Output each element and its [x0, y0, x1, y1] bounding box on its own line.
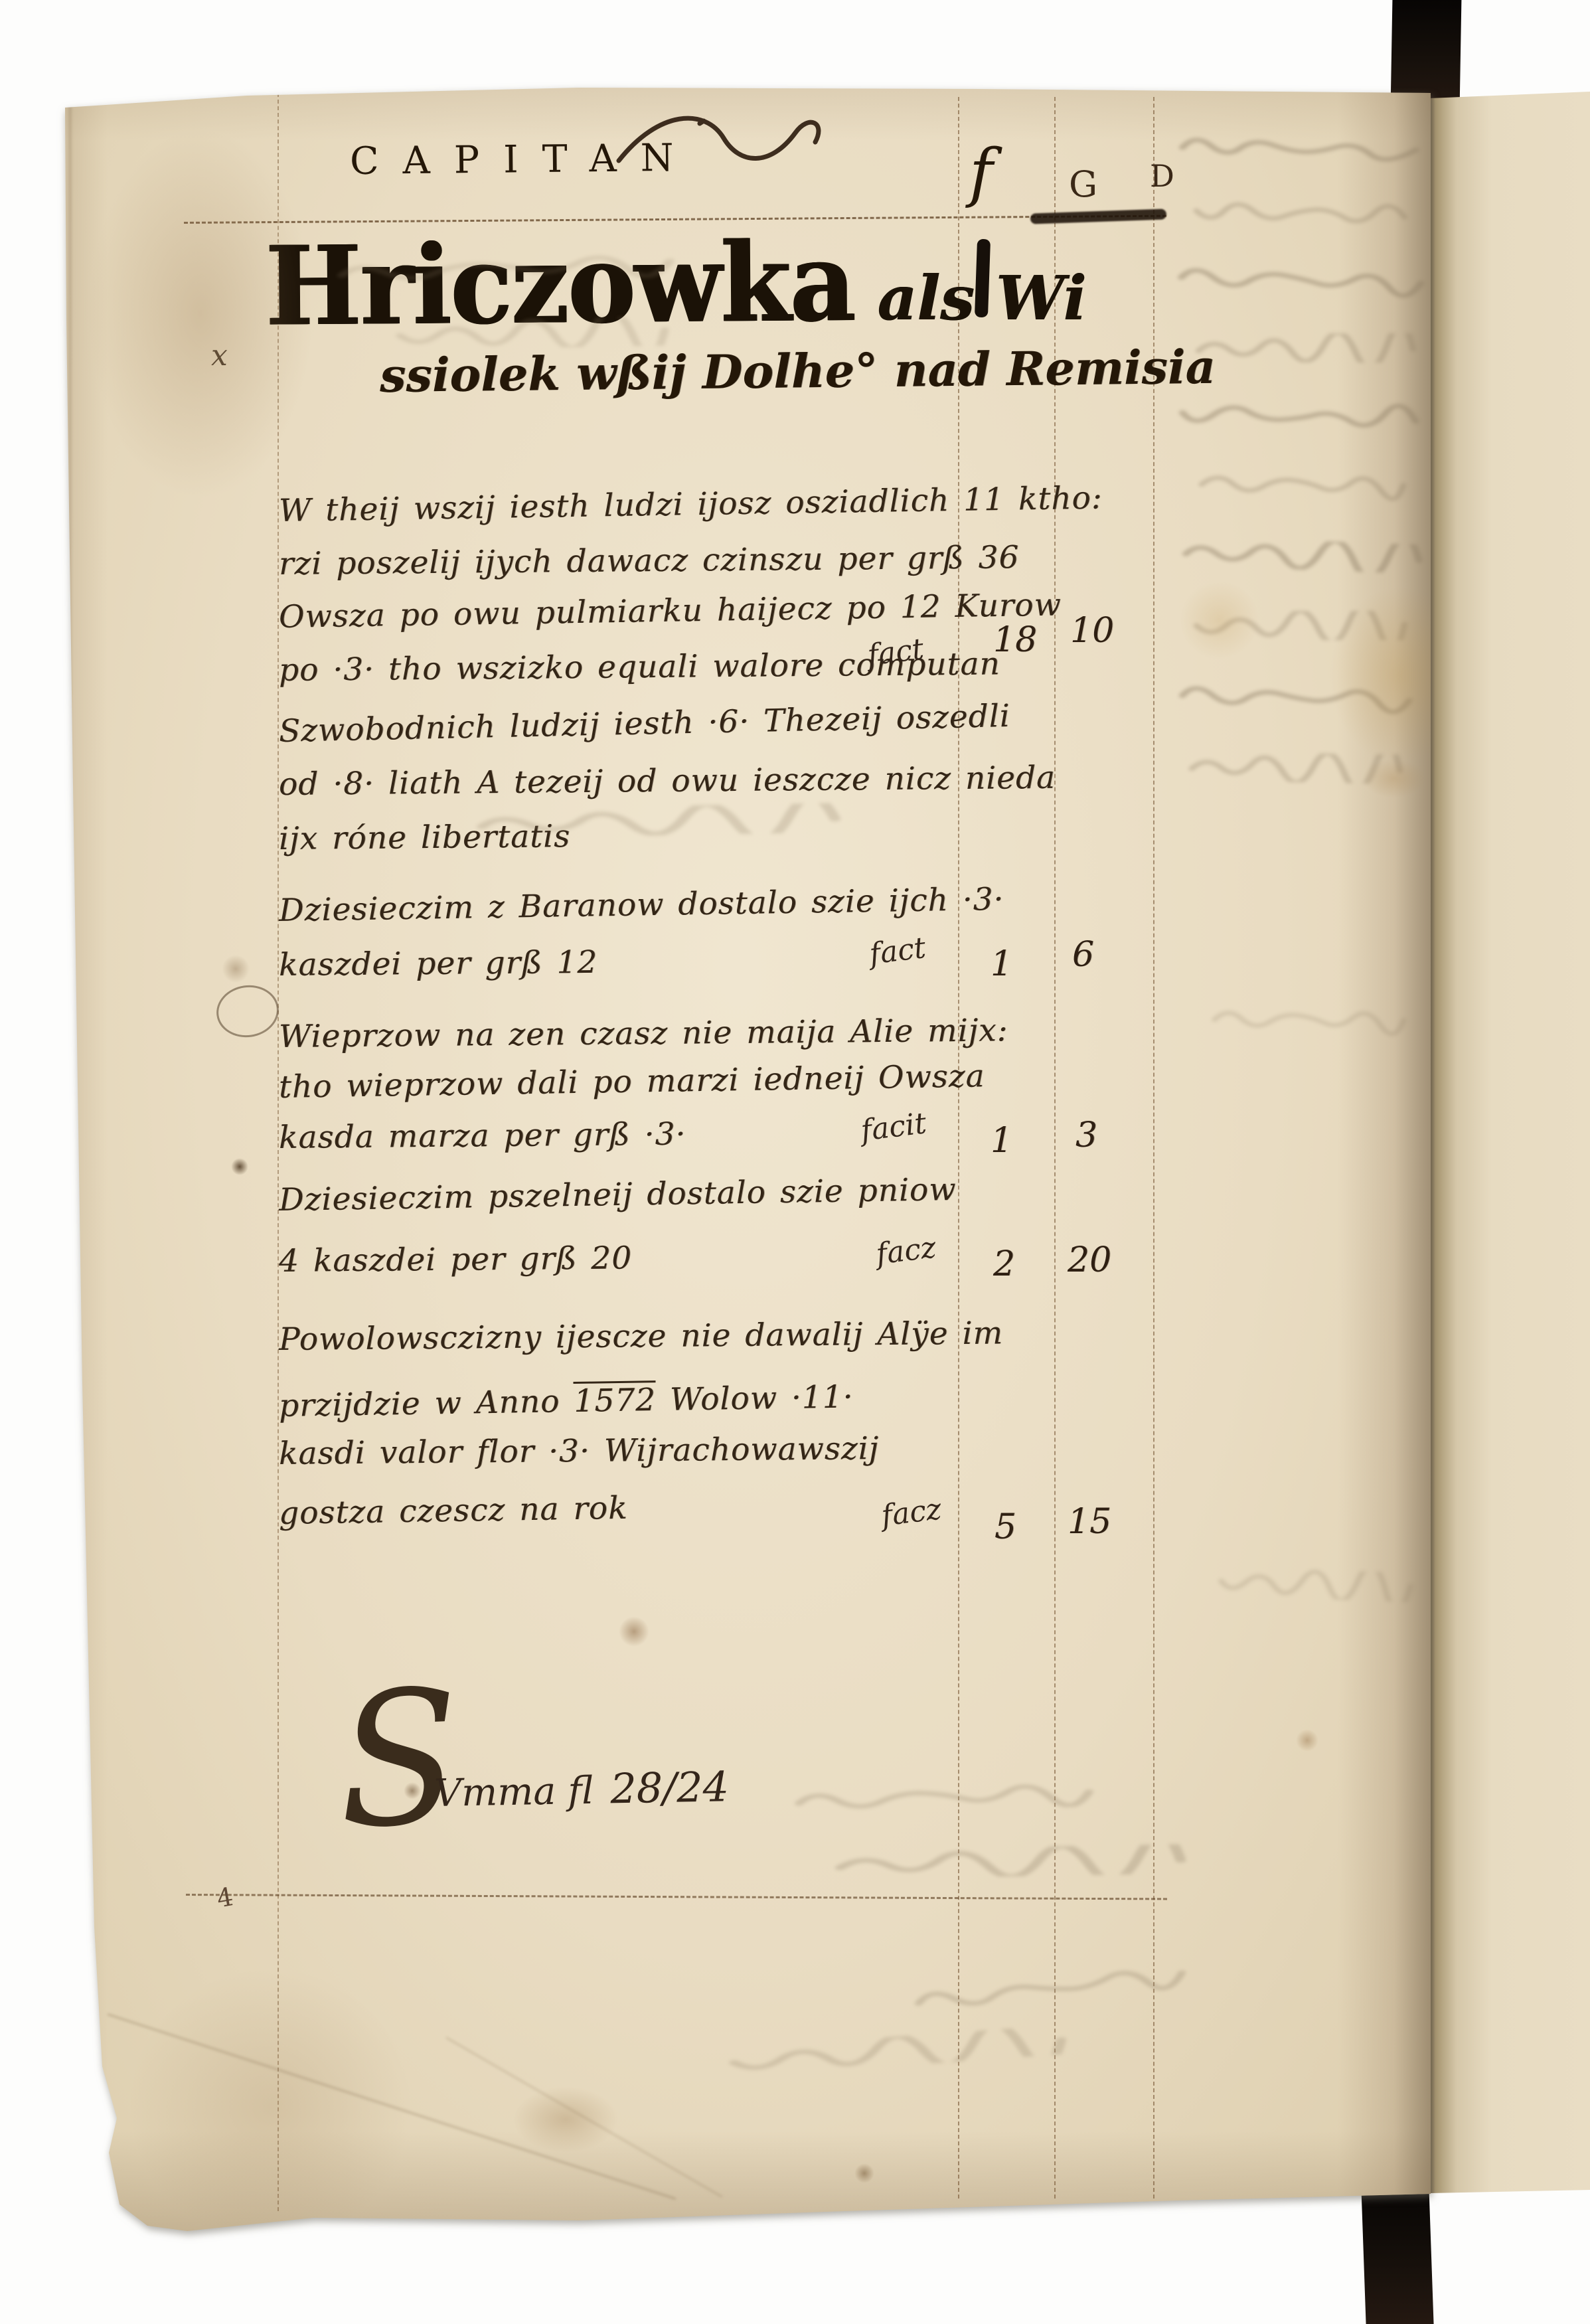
paper-stain — [88, 127, 313, 499]
paper-stain — [1296, 1729, 1318, 1752]
paper-stain — [127, 1967, 413, 2246]
paper-stain — [222, 955, 250, 983]
page-crease — [69, 94, 71, 2206]
bleed-through-ghost — [791, 1777, 1097, 1817]
ruled-line-denars-column — [1153, 97, 1154, 2199]
summa-label: Vmma fl — [434, 1769, 594, 1815]
entry-line: Dziesieczim z Baranow dostalo szie ijch … — [279, 881, 1004, 929]
bleed-through-ghost — [1191, 196, 1411, 229]
paper-stain — [854, 2163, 874, 2183]
paper-stain — [513, 2086, 619, 2153]
entry-line: 4 kaszdei per grß 20 — [279, 1240, 633, 1280]
value-groschen: 3 — [1075, 1116, 1097, 1155]
entry-line: tho wieprzow dali po marzi iedneij Owsza — [279, 1058, 985, 1106]
margin-circle-mark — [213, 981, 282, 1041]
summa-value: 28/24 — [610, 1762, 730, 1813]
entry-line: kaszdei per grß 12 — [279, 944, 598, 983]
paper-stain — [1362, 758, 1425, 798]
bleed-through-ghost — [1210, 1003, 1409, 1036]
year-line-post: Wolow ·11· — [670, 1378, 854, 1418]
bleed-through-ghost — [1176, 398, 1422, 434]
value-groschen: 10 — [1070, 611, 1114, 651]
year-line-pre: przijdzie w Anno — [279, 1383, 560, 1424]
bleed-through-ghost — [1216, 1566, 1415, 1602]
value-florins: 18 — [993, 620, 1037, 660]
column-header-groschen: G — [1069, 163, 1097, 205]
entry-line: Owsza po owu pulmiarku haijecz po 12 Kur… — [279, 586, 1062, 635]
facit-label: fact — [868, 931, 927, 971]
ruled-line-florins-column — [958, 97, 959, 2199]
bleed-through-ghost — [1196, 468, 1409, 501]
value-florins: 1 — [991, 1121, 1012, 1161]
bleed-through-ghost — [473, 803, 845, 839]
entry-line: kasdi valor flor ·3· Wijrachowawszij — [279, 1430, 880, 1472]
page-crease — [445, 2036, 722, 2198]
bleed-through-ghost — [831, 1844, 1190, 1879]
column-header-denars: D — [1150, 158, 1174, 194]
entry-line: Wieprzow na zen czasz nie maija Alie mij… — [279, 1012, 1008, 1055]
bleed-through-ghost — [1174, 261, 1427, 299]
ruled-line-footer — [186, 1894, 1167, 1900]
paper-stain — [1180, 580, 1259, 660]
facit-label: fact — [866, 632, 925, 673]
facit-label: facz — [880, 1492, 943, 1533]
bleed-through-ghost — [910, 1959, 1190, 2017]
entry-line: kasda marza per grß ·3· — [279, 1116, 686, 1156]
entry-line: Dziesieczim pszelneij dostalo szie pniow — [279, 1171, 957, 1218]
paper-stain — [404, 1782, 421, 1799]
entry-line: od ·8· liath A tezeij od owu ieszcze nic… — [279, 760, 1056, 803]
manuscript-scan: CAPITAN f G D Hriczowka als Wi x ssiolek… — [0, 0, 1590, 2324]
bleed-through-ghost — [724, 2025, 1071, 2078]
value-florins: 5 — [994, 1507, 1016, 1547]
manuscript-page: CAPITAN f G D Hriczowka als Wi x ssiolek… — [48, 54, 1431, 2231]
bleed-through-ghost — [1179, 537, 1425, 574]
value-groschen: 20 — [1068, 1240, 1111, 1280]
paper-stain — [231, 1158, 248, 1175]
summa-initial: S — [335, 1666, 462, 1855]
summa-line: Vmma fl 28/24 — [434, 1762, 729, 1816]
ink-blot — [1030, 208, 1166, 224]
facit-label: facz — [874, 1230, 938, 1272]
folio-tally-mark — [975, 239, 991, 318]
facit-label: facit — [859, 1106, 928, 1148]
paper-stain — [619, 1616, 649, 1647]
value-groschen: 6 — [1072, 935, 1094, 975]
entry-line: rzi poszelij ijych dawacz czinszu per gr… — [279, 539, 1020, 582]
adjacent-page-edge — [1429, 92, 1590, 2193]
header-flourish-icon — [612, 104, 831, 173]
entry-line: Powolowsczizny ijescze nie dawalij Alÿe … — [279, 1315, 1004, 1358]
year-value: 1572 — [574, 1380, 656, 1417]
value-florins: 2 — [993, 1244, 1015, 1284]
entry-line-year: przijdzie w Anno 1572 Wolow ·11· — [279, 1377, 854, 1424]
bottom-margin-mark: 4 — [214, 1882, 235, 1914]
entry-line: gostza czescz na rok — [279, 1490, 628, 1532]
ruled-line-groschen-column — [1054, 97, 1056, 2199]
bleed-through-ghost — [1176, 130, 1422, 168]
bleed-through-ghost — [393, 316, 673, 350]
value-florins: 1 — [991, 944, 1012, 984]
value-groschen: 15 — [1068, 1502, 1111, 1542]
entry-line: Szwobodnich ludzij iesth ·6· Thezeij osz… — [278, 698, 1010, 750]
bleed-through-ghost — [1193, 333, 1419, 363]
village-subtitle: ssiolek wßij Dolhe° nad Remisia — [380, 339, 1216, 403]
column-header-florins: f — [969, 135, 993, 210]
entry-line: W theij wszij iesth ludzi ijosz osziadli… — [279, 480, 1103, 529]
